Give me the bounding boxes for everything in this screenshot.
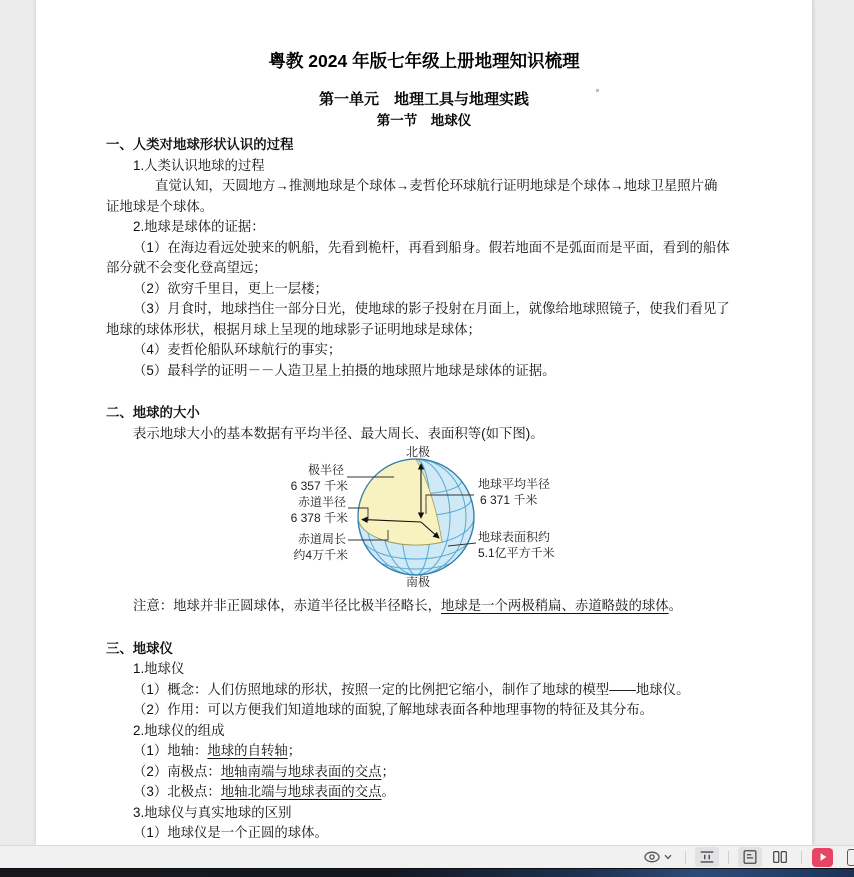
unit-heading: 第一单元 地理工具与地理实践	[36, 91, 812, 108]
text-segment: 直觉认知，天圆地方→推测地球是个球体→麦哲伦环球航行证明地球是个球体→地球卫星照…	[155, 178, 717, 193]
fit-width-icon	[698, 848, 716, 866]
document-line: 地球的球体形状，根据月球上呈现的地球影子证明地球是球体；	[106, 320, 778, 341]
document-line: 表示地球大小的基本数据有平均半径、最大周长、表面积等(如下图)。	[106, 424, 778, 445]
view-options-button[interactable]	[643, 847, 672, 867]
text-segment: 表示地球大小的基本数据有平均半径、最大周长、表面积等(如下图)。	[133, 426, 544, 441]
document-line: （2）作用：可以方便我们知道地球的面貌,了解地球表面各种地理事物的特征及其分布。	[106, 700, 778, 721]
document-line: （1）概念：人们仿照地球的形状，按照一定的比例把它缩小，制作了地球的模型——地球…	[106, 680, 778, 701]
polar-radius-value: 6 357 千米	[291, 478, 348, 493]
document-line: （3）北极点：地轴北端与地球表面的交点。	[106, 782, 778, 803]
taskbar-edge[interactable]	[0, 868, 854, 877]
document-line: 1.人类认识地球的过程	[106, 156, 778, 177]
equatorial-circumference-value: 约4万千米	[293, 547, 348, 562]
text-segment: （1）概念：人们仿照地球的形状，按照一定的比例把它缩小，制作了地球的模型——地球…	[133, 682, 689, 697]
equatorial-radius-label: 赤道半径	[298, 494, 346, 509]
single-page-icon	[741, 848, 759, 866]
text-segment: ；	[288, 743, 301, 758]
section-heading: 一、人类对地球形状认识的过程	[106, 135, 778, 156]
fit-width-button[interactable]	[695, 847, 719, 867]
document-line: 部分就不会变化登高望远；	[106, 258, 778, 279]
text-segment: （3）北极点：	[133, 784, 221, 799]
text-segment: 1.地球仪	[133, 661, 184, 676]
surface-area-label: 地球表面积约	[478, 529, 550, 544]
text-segment: 注意：地球并非正圆球体，赤道半径比极半径略长，	[133, 598, 441, 613]
document-line: （4）麦哲伦船队环球航行的事实；	[106, 340, 778, 361]
section-heading: 二、地球的大小	[106, 403, 778, 424]
document-page: 粤教 2024 年版七年级上册地理知识梳理 第一单元 地理工具与地理实践 第一节…	[36, 0, 813, 845]
single-page-button[interactable]	[738, 847, 762, 867]
equatorial-circumference-label: 赤道周长	[298, 531, 346, 546]
document-line: 证地球是个球体。	[106, 197, 778, 218]
document-line: （5）最科学的证明－－人造卫星上拍摄的地球照片地球是球体的证据。	[106, 361, 778, 382]
text-segment: ；	[381, 764, 394, 779]
equatorial-radius-value: 6 378 千米	[291, 510, 348, 525]
toolbar-divider	[685, 851, 686, 864]
document-line: 注意：地球并非正圆球体，赤道半径比极半径略长，地球是一个两极稍扁、赤道略鼓的球体…	[106, 596, 778, 617]
play-icon	[817, 851, 829, 863]
mean-radius-label: 地球平均半径	[478, 476, 550, 491]
text-segment: （1）地球仪是一个正圆的球体。	[133, 825, 328, 840]
text-segment: 地球的球体形状，根据月球上呈现的地球影子证明地球是球体；	[106, 322, 481, 337]
text-segment: 2.地球仪的组成	[133, 723, 225, 738]
document-line: （3）月食时，地球挡住一部分日光，使地球的影子投射在月面上，就像给地球照镜子，使…	[106, 299, 778, 320]
blank-line	[106, 617, 778, 639]
document-line: 1.地球仪	[106, 659, 778, 680]
underlined-text: 地球是一个两极稍扁、赤道略鼓的球体	[441, 598, 669, 613]
toolbar-divider	[728, 851, 729, 864]
text-segment: （2）作用：可以方便我们知道地球的面貌,了解地球表面各种地理事物的特征及其分布。	[133, 702, 653, 717]
document-line: 2.地球是球体的证据：	[106, 217, 778, 238]
toolbar-divider	[801, 851, 802, 864]
text-segment: （3）月食时，地球挡住一部分日光，使地球的影子投射在月面上，就像给地球照镜子，使…	[133, 301, 730, 316]
document-line: （1）在海边看远处驶来的帆船，先看到桅杆，再看到船身。假若地面不是弧面而是平面，…	[106, 238, 778, 259]
document-line: 直觉认知，天圆地方→推测地球是个球体→麦哲伦环球航行证明地球是个球体→地球卫星照…	[106, 176, 778, 197]
document-title: 粤教 2024 年版七年级上册地理知识梳理	[36, 51, 812, 72]
text-segment: （1）在海边看远处驶来的帆船，先看到桅杆，再看到船身。假若地面不是弧面而是平面，…	[133, 240, 730, 255]
earth-diagram: 北极 南极 极半径 6 357 千米 赤道半径 6 378 千米 赤道周长 约4…	[284, 444, 574, 596]
document-line: 2.地球仪的组成	[106, 721, 778, 742]
text-segment: 。	[669, 598, 682, 613]
two-page-view-button[interactable]	[768, 847, 792, 867]
text-segment: 。	[381, 784, 394, 799]
presentation-button[interactable]	[812, 848, 833, 867]
document-line: （2）南极点：地轴南端与地球表面的交点；	[106, 762, 778, 783]
underlined-text: 地球的自转轴	[207, 743, 287, 758]
text-segment: （1）地轴：	[133, 743, 207, 758]
underlined-text: 地轴北端与地球表面的交点	[221, 784, 382, 799]
stray-mark	[596, 89, 599, 92]
section-heading: 三、地球仪	[106, 639, 778, 660]
viewer-bottom-toolbar	[0, 845, 854, 868]
document-line: （1）地球仪是一个正圆的球体。	[106, 823, 778, 844]
text-segment: 2.地球是球体的证据：	[133, 219, 265, 234]
text-segment: （5）最科学的证明－－人造卫星上拍摄的地球照片地球是球体的证据。	[133, 363, 556, 378]
south-pole-label: 南极	[406, 574, 430, 589]
lesson-heading: 第一节 地球仪	[36, 113, 812, 128]
two-page-icon	[771, 848, 789, 866]
polar-radius-label: 极半径	[308, 462, 344, 477]
text-segment: 1.人类认识地球的过程	[133, 158, 265, 173]
text-segment: 3.地球仪与真实地球的区别	[133, 805, 291, 820]
clipped-window-button[interactable]	[847, 849, 854, 866]
mean-radius-value: 6 371 千米	[480, 492, 537, 507]
earth-size-figure: 北极 南极 极半径 6 357 千米 赤道半径 6 378 千米 赤道周长 约4…	[106, 444, 778, 596]
text-segment: （2）欲穷千里目，更上一层楼；	[133, 281, 328, 296]
text-segment: （2）南极点：	[133, 764, 221, 779]
surface-area-value: 5.1亿平方千米	[478, 545, 555, 560]
text-segment: 证地球是个球体。	[106, 199, 213, 214]
document-line: 3.地球仪与真实地球的区别	[106, 803, 778, 824]
document-body: 一、人类对地球形状认识的过程1.人类认识地球的过程直觉认知，天圆地方→推测地球是…	[36, 135, 812, 844]
eye-icon	[643, 849, 661, 865]
north-pole-label: 北极	[406, 444, 430, 459]
blank-line	[106, 381, 778, 403]
text-segment: （4）麦哲伦船队环球航行的事实；	[133, 342, 341, 357]
underlined-text: 地轴南端与地球表面的交点	[221, 764, 382, 779]
chevron-down-icon	[664, 854, 672, 860]
text-segment: 部分就不会变化登高望远；	[106, 260, 267, 275]
document-line: （1）地轴：地球的自转轴；	[106, 741, 778, 762]
document-line: （2）欲穷千里目，更上一层楼；	[106, 279, 778, 300]
